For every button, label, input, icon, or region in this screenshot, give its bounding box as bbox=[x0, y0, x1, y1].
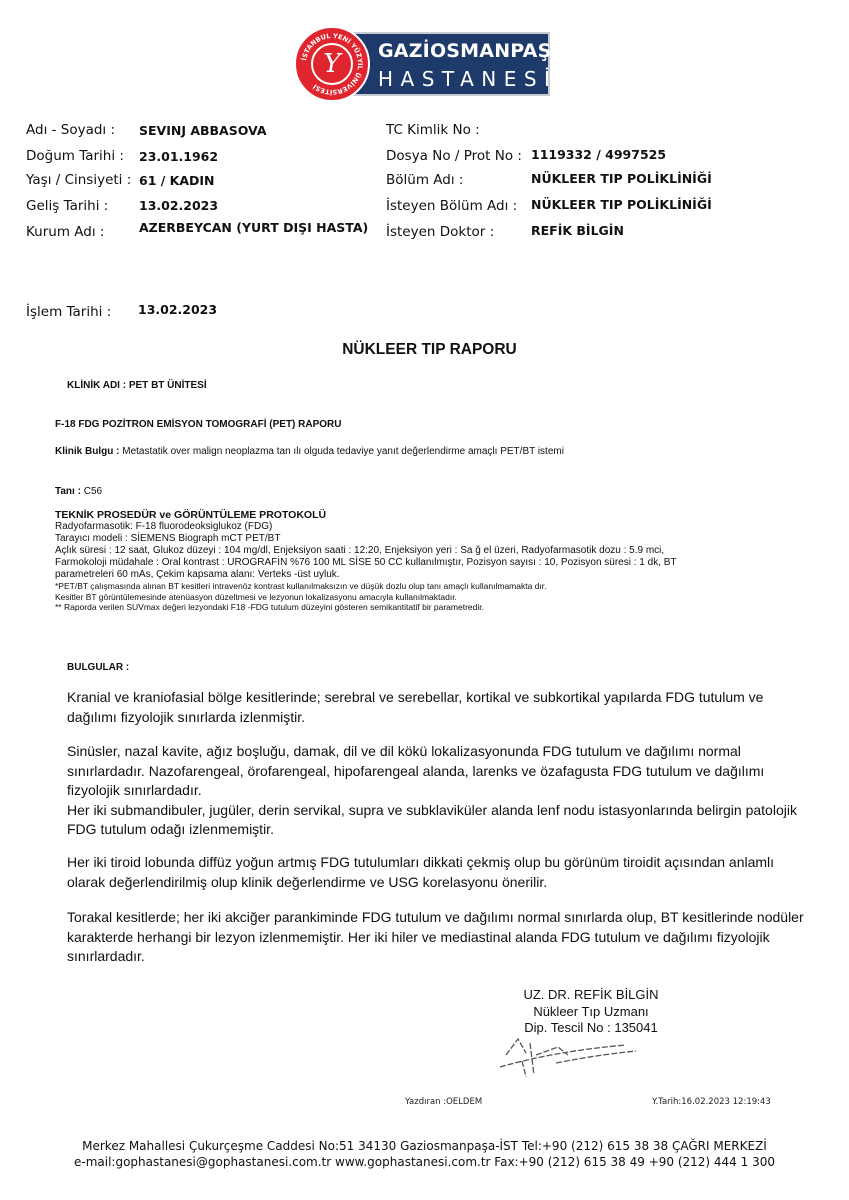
findings-heading: BULGULAR : bbox=[67, 662, 129, 673]
requesting-doctor-label: İsteyen Doktor : bbox=[386, 224, 494, 240]
protocol-note: Kesitler BT görüntülemesinde atenüasyon … bbox=[55, 592, 815, 603]
birth-date: 23.01.1962 bbox=[139, 149, 218, 164]
protocol-note: ** Raporda verilen SUVmax değeri lezyond… bbox=[55, 602, 815, 613]
finding-paragraph: Sinüsler, nazal kavite, ağız boşluğu, da… bbox=[67, 742, 807, 840]
print-date: Y.Tarih:16.02.2023 12:19:43 bbox=[652, 1097, 771, 1107]
age-sex-label: Yaşı / Cinsiyeti : bbox=[26, 172, 131, 188]
university-seal-icon: İSTANBUL YENİ YÜZYIL ÜNİVERSİTESİ Y bbox=[294, 26, 370, 102]
hospital-name-line1: GAZİOSMANPAŞA bbox=[378, 40, 566, 62]
file-no: 1119332 / 4997525 bbox=[531, 147, 666, 162]
printed-by: Yazdıran :OELDEM bbox=[405, 1097, 482, 1107]
seal-monogram: Y bbox=[313, 49, 351, 79]
clinical-finding: Klinik Bulgu : Metastatik over malign ne… bbox=[55, 446, 564, 457]
protocol-line: Açlık süresi : 12 saat, Glukoz düzeyi : … bbox=[55, 545, 815, 557]
protocol-heading: TEKNİK PROSEDÜR ve GÖRÜNTÜLEME PROTOKOLÜ bbox=[55, 509, 815, 521]
protocol-section: TEKNİK PROSEDÜR ve GÖRÜNTÜLEME PROTOKOLÜ… bbox=[55, 509, 815, 613]
clinical-finding-text: Metastatik over malign neoplazma tan ılı… bbox=[122, 446, 564, 457]
requesting-doctor: REFİK BİLGİN bbox=[531, 223, 624, 238]
footer-address: Merkez Mahallesi Çukurçeşme Caddesi No:5… bbox=[0, 1139, 849, 1153]
diagnosis: Tanı : C56 bbox=[55, 486, 102, 497]
requesting-department-label: İsteyen Bölüm Adı : bbox=[386, 198, 517, 214]
signer-title: Nükleer Tıp Uzmanı bbox=[476, 1004, 706, 1021]
department: NÜKLEER TIP POLİKLİNİĞİ bbox=[531, 171, 712, 186]
requesting-department: NÜKLEER TIP POLİKLİNİĞİ bbox=[531, 197, 712, 212]
procedure-date-label: İşlem Tarihi : bbox=[26, 304, 111, 320]
age-sex: 61 / KADIN bbox=[139, 173, 215, 188]
institution-label: Kurum Adı : bbox=[26, 224, 104, 240]
clinic-name: KLİNİK ADI : PET BT ÜNİTESİ bbox=[67, 380, 207, 391]
procedure-date: 13.02.2023 bbox=[138, 302, 217, 317]
tc-label: TC Kimlik No : bbox=[386, 122, 480, 138]
seal-emblem: Y bbox=[311, 43, 353, 85]
protocol-line: Radyofarmasotik: F-18 fluorodeoksiglukoz… bbox=[55, 521, 815, 533]
department-label: Bölüm Adı : bbox=[386, 172, 463, 188]
birth-date-label: Doğum Tarihi : bbox=[26, 148, 124, 164]
finding-paragraph: Kranial ve kraniofasial bölge kesitlerin… bbox=[67, 688, 807, 727]
hospital-name-line2: HASTANESİ bbox=[378, 67, 557, 91]
report-subtitle: F-18 FDG POZİTRON EMİSYON TOMOGRAFİ (PET… bbox=[55, 419, 342, 430]
protocol-line: Tarayıcı modeli : SİEMENS Biograph mCT P… bbox=[55, 533, 815, 545]
signer-name: UZ. DR. REFİK BİLGİN bbox=[476, 987, 706, 1004]
protocol-line: parametreleri 60 mAs, Çekim kapsama alan… bbox=[55, 569, 815, 581]
arrival-date-label: Geliş Tarihi : bbox=[26, 198, 108, 214]
protocol-line: Farmokoloji müdahale : Oral kontrast : U… bbox=[55, 557, 815, 569]
finding-paragraph: Her iki tiroid lobunda diffüz yoğun artm… bbox=[67, 853, 807, 892]
file-no-label: Dosya No / Prot No : bbox=[386, 148, 522, 164]
diagnosis-label: Tanı : bbox=[55, 486, 81, 497]
name-label: Adı - Soyadı : bbox=[26, 122, 115, 138]
diagnosis-code: C56 bbox=[84, 486, 102, 497]
hospital-logo: GAZİOSMANPAŞA HASTANESİ İSTANBUL YENİ YÜ… bbox=[294, 26, 552, 102]
report-title: NÜKLEER TIP RAPORU bbox=[0, 341, 849, 359]
patient-name: SEVINJ ABBASOVA bbox=[139, 123, 267, 138]
footer-contact: e-mail:gophastanesi@gophastanesi.com.tr … bbox=[0, 1155, 849, 1169]
handwritten-signature-icon bbox=[496, 1025, 656, 1085]
arrival-date: 13.02.2023 bbox=[139, 198, 218, 213]
institution: AZERBEYCAN (YURT DIŞI HASTA) bbox=[139, 220, 368, 235]
protocol-note: *PET/BT çalışmasında alınan BT kesitleri… bbox=[55, 581, 815, 592]
clinical-finding-label: Klinik Bulgu : bbox=[55, 446, 119, 457]
finding-paragraph: Torakal kesitlerde; her iki akciğer para… bbox=[67, 908, 807, 967]
